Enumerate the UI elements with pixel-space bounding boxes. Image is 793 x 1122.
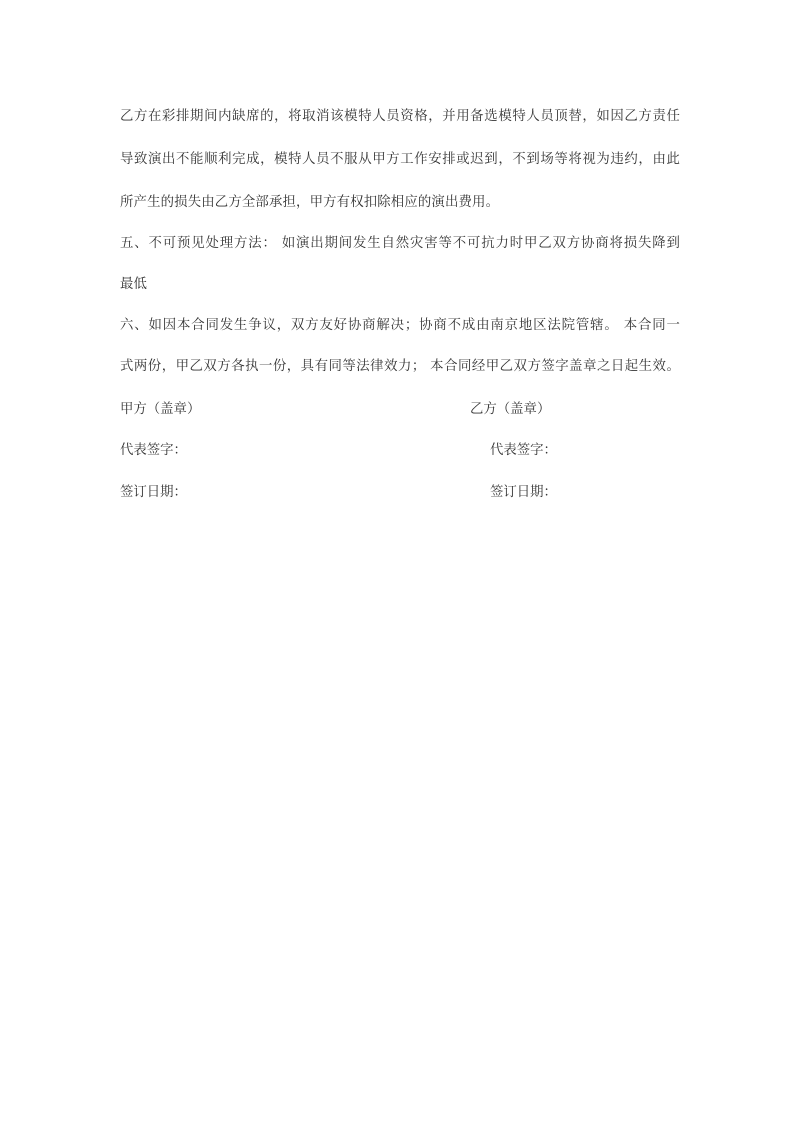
section-six-line: 式两份，甲乙双方各执一份，具有同等法律效力； 本合同经甲乙双方签字盖章之日起生效… — [120, 358, 680, 376]
party-a-representative-label: 代表签字： — [120, 442, 187, 460]
party-a-date-label: 签订日期： — [120, 484, 187, 502]
section-six-line: 六、如因本合同发生争议，双方友好协商解决；协商不成由南京地区法院管辖。 本合同一 — [120, 317, 680, 335]
paragraph-line: 所产生的损失由乙方全部承担，甲方有权扣除相应的演出费用。 — [120, 194, 680, 212]
document-page: 乙方在彩排期间内缺席的，将取消该模特人员资格，并用备选模特人员顶替，如因乙方责任… — [0, 0, 793, 1122]
section-five-line: 最低 — [120, 276, 680, 294]
party-a-seal-label: 甲方（盖章） — [120, 401, 200, 419]
paragraph-line: 乙方在彩排期间内缺席的，将取消该模特人员资格，并用备选模特人员顶替，如因乙方责任 — [120, 108, 680, 126]
section-five-line: 五、不可预见处理方法： 如演出期间发生自然灾害等不可抗力时甲乙双方协商将损失降到 — [120, 235, 680, 253]
paragraph-line: 导致演出不能顺利完成，模特人员不服从甲方工作安排或迟到，不到场等将视为违约，由此 — [120, 151, 680, 169]
party-b-date-label: 签订日期： — [490, 484, 557, 502]
party-b-representative-label: 代表签字： — [490, 442, 557, 460]
party-b-seal-label: 乙方（盖章） — [470, 401, 550, 419]
